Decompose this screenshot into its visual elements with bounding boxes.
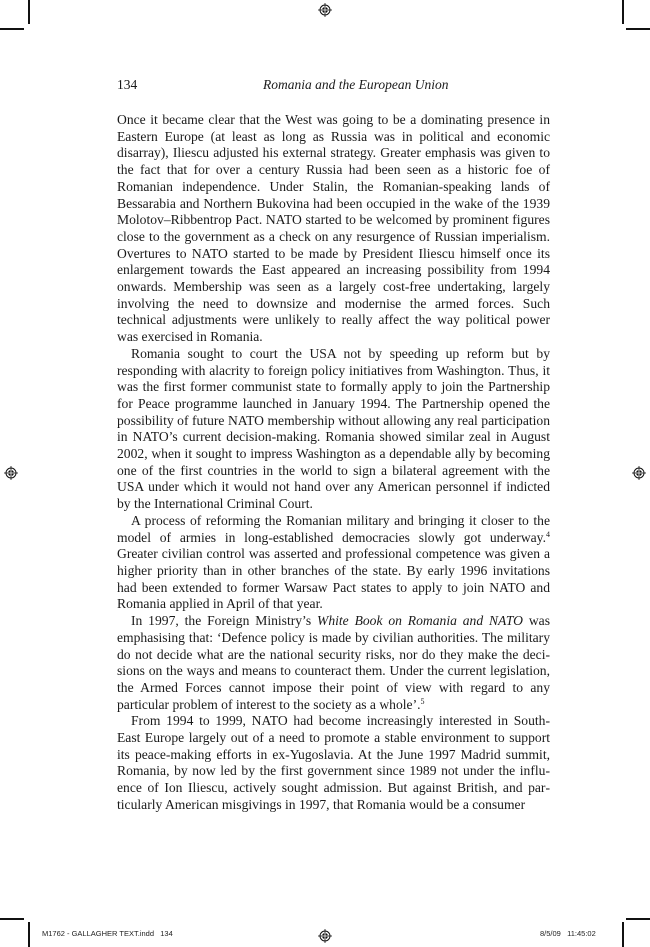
crop-mark-bottom-right-horizontal <box>626 918 650 920</box>
body-text: Once it became clear that the West was g… <box>117 112 550 814</box>
crop-mark-top-right-vertical <box>622 0 624 24</box>
registration-mark-icon <box>318 929 332 943</box>
page-number: 134 <box>117 77 137 93</box>
registration-mark-icon <box>632 466 646 480</box>
paragraph: Romania sought to court the USA not by s… <box>117 346 550 513</box>
crop-mark-bottom-right-vertical <box>622 922 624 947</box>
crop-mark-bottom-left-vertical <box>28 922 30 947</box>
crop-mark-bottom-left-horizontal <box>0 918 24 920</box>
footnote-reference: 4 <box>546 530 550 539</box>
slug-file-info: M1762 - GALLAGHER TEXT.indd 134 <box>42 929 173 938</box>
paragraph: Once it became clear that the West was g… <box>117 112 550 346</box>
book-title: White Book on Romania and NATO <box>317 613 523 628</box>
crop-mark-top-right-horizontal <box>626 28 650 30</box>
paragraph: From 1994 to 1999, NATO had become incre… <box>117 713 550 813</box>
crop-mark-top-left-horizontal <box>0 28 24 30</box>
running-head-title: Romania and the European Union <box>263 77 448 93</box>
paragraph: A process of reforming the Romanian mili… <box>117 513 550 613</box>
crop-mark-top-left-vertical <box>28 0 30 24</box>
slug-timestamp: 8/5/09 11:45:02 <box>540 929 596 938</box>
footnote-reference: 5 <box>421 697 425 706</box>
registration-mark-icon <box>4 466 18 480</box>
registration-mark-icon <box>318 3 332 17</box>
running-head: 134 Romania and the European Union <box>117 77 550 95</box>
paragraph: In 1997, the Foreign Ministry’s White Bo… <box>117 613 550 713</box>
